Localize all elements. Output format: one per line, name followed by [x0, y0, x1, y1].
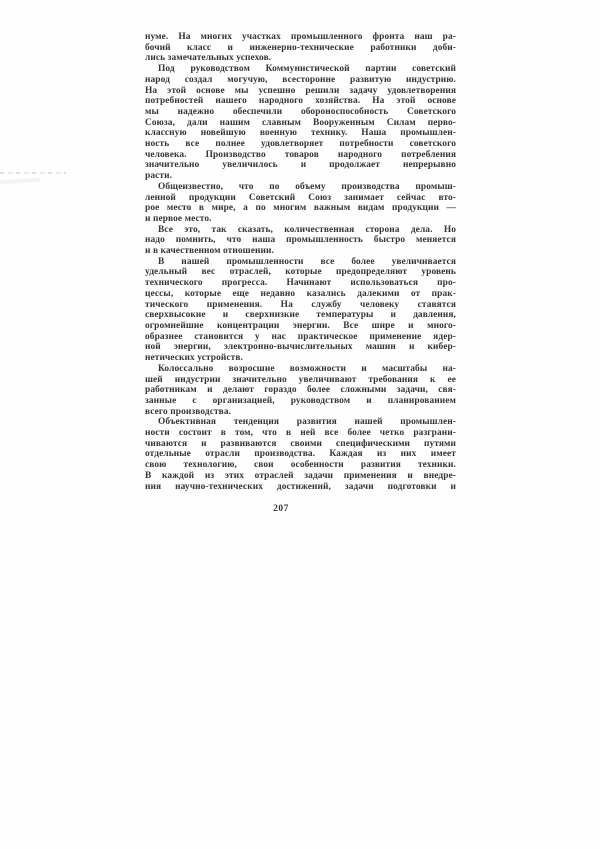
text-line: человека. Производство товаров народного…: [145, 150, 456, 161]
text-line: расти.: [145, 171, 456, 182]
scan-artifact: [0, 178, 40, 185]
text-line: В нашей промышленности все более увеличи…: [145, 257, 456, 268]
text-line: мы надежно обеспечили обороноспособность…: [145, 107, 456, 118]
paragraph: нуме. На многих участках промышленного ф…: [145, 32, 456, 64]
text-line: классную новейшую военную технику. Наша …: [145, 128, 456, 139]
text-line: ния научно-технических достижений, задач…: [145, 482, 456, 493]
text-line: Колоссально возросшие возможности и масш…: [145, 364, 456, 375]
text-line: свою технологию, свои особенности развит…: [145, 460, 456, 471]
text-line: Общеизвестно, что по объему производства…: [145, 182, 456, 193]
text-line: нуме. На многих участках промышленного ф…: [145, 32, 456, 43]
text-line: Под руководством Коммунистической партии…: [145, 64, 456, 75]
text-line: потребностей нашего народного хозяйства.…: [145, 96, 456, 107]
text-line: сверхвысокие и сверхнизкие температуры и…: [145, 310, 456, 321]
text-line: В каждой из этих отраслей задачи примене…: [145, 471, 456, 482]
text-line: и в качественном отношении.: [145, 246, 456, 257]
text-line: народ создал могучую, всесторонне развит…: [145, 75, 456, 86]
text-line: На этой основе мы успешно решили задачу …: [145, 86, 456, 97]
paragraph: Все это, так сказать, количественная сто…: [145, 225, 456, 257]
text-line: шей индустрии значительно увеличивают тр…: [145, 375, 456, 386]
text-line: отдельные отрасли производства. Каждая и…: [145, 449, 456, 460]
text-line: надо помнить, что наша промышленность бы…: [145, 235, 456, 246]
text-line: ность все полнее удовлетворяет потребнос…: [145, 139, 456, 150]
text-line: лись замечательных успехов.: [145, 53, 456, 64]
page-number: 207: [145, 504, 417, 514]
paragraph: Под руководством Коммунистической партии…: [145, 64, 456, 182]
text-line: значительно увеличилось и продолжает неп…: [145, 160, 456, 171]
text-line: Объективная тенденция развития нашей про…: [145, 417, 456, 428]
paragraph: Колоссально возросшие возможности и масш…: [145, 364, 456, 418]
text-line: ной энергии, электронно-вычислительных м…: [145, 342, 456, 353]
paragraph: Объективная тенденция развития нашей про…: [145, 417, 456, 492]
text-line: и первое место.: [145, 214, 456, 225]
text-line: нетических устройств.: [145, 353, 456, 364]
text-line: работникам и делают гораздо более сложны…: [145, 385, 456, 396]
text-line: Все это, так сказать, количественная сто…: [145, 225, 456, 236]
scan-artifact: [0, 172, 66, 174]
text-line: образнее становится у нас практическое п…: [145, 332, 456, 343]
text-line: тического применения. На службу человеку…: [145, 300, 456, 311]
paragraph: Общеизвестно, что по объему производства…: [145, 182, 456, 225]
text-line: чиваются и развиваются своими специфичес…: [145, 439, 456, 450]
text-line: удельный вес отраслей, которые предопред…: [145, 267, 456, 278]
book-page: нуме. На многих участках промышленного ф…: [0, 0, 600, 849]
text-line: бочий класс и инженерно-технические рабо…: [145, 43, 456, 54]
text-block: нуме. На многих участках промышленного ф…: [145, 32, 456, 492]
text-line: цессы, которые еще недавно казались дале…: [145, 289, 456, 300]
text-line: огромнейшие концентрации энергии. Все ши…: [145, 321, 456, 332]
text-line: технического прогресса. Начинают использ…: [145, 278, 456, 289]
text-line: всего производства.: [145, 407, 456, 418]
text-line: ности состоит в том, что в ней все более…: [145, 428, 456, 439]
paragraph: В нашей промышленности все более увеличи…: [145, 257, 456, 364]
text-line: занные с организацией, руководством и пл…: [145, 396, 456, 407]
text-line: Союза, дали нашим славным Вооруженным Си…: [145, 118, 456, 129]
text-line: ленной продукции Советский Союз занимает…: [145, 193, 456, 204]
text-line: рое место в мире, а по многим важным вид…: [145, 203, 456, 214]
